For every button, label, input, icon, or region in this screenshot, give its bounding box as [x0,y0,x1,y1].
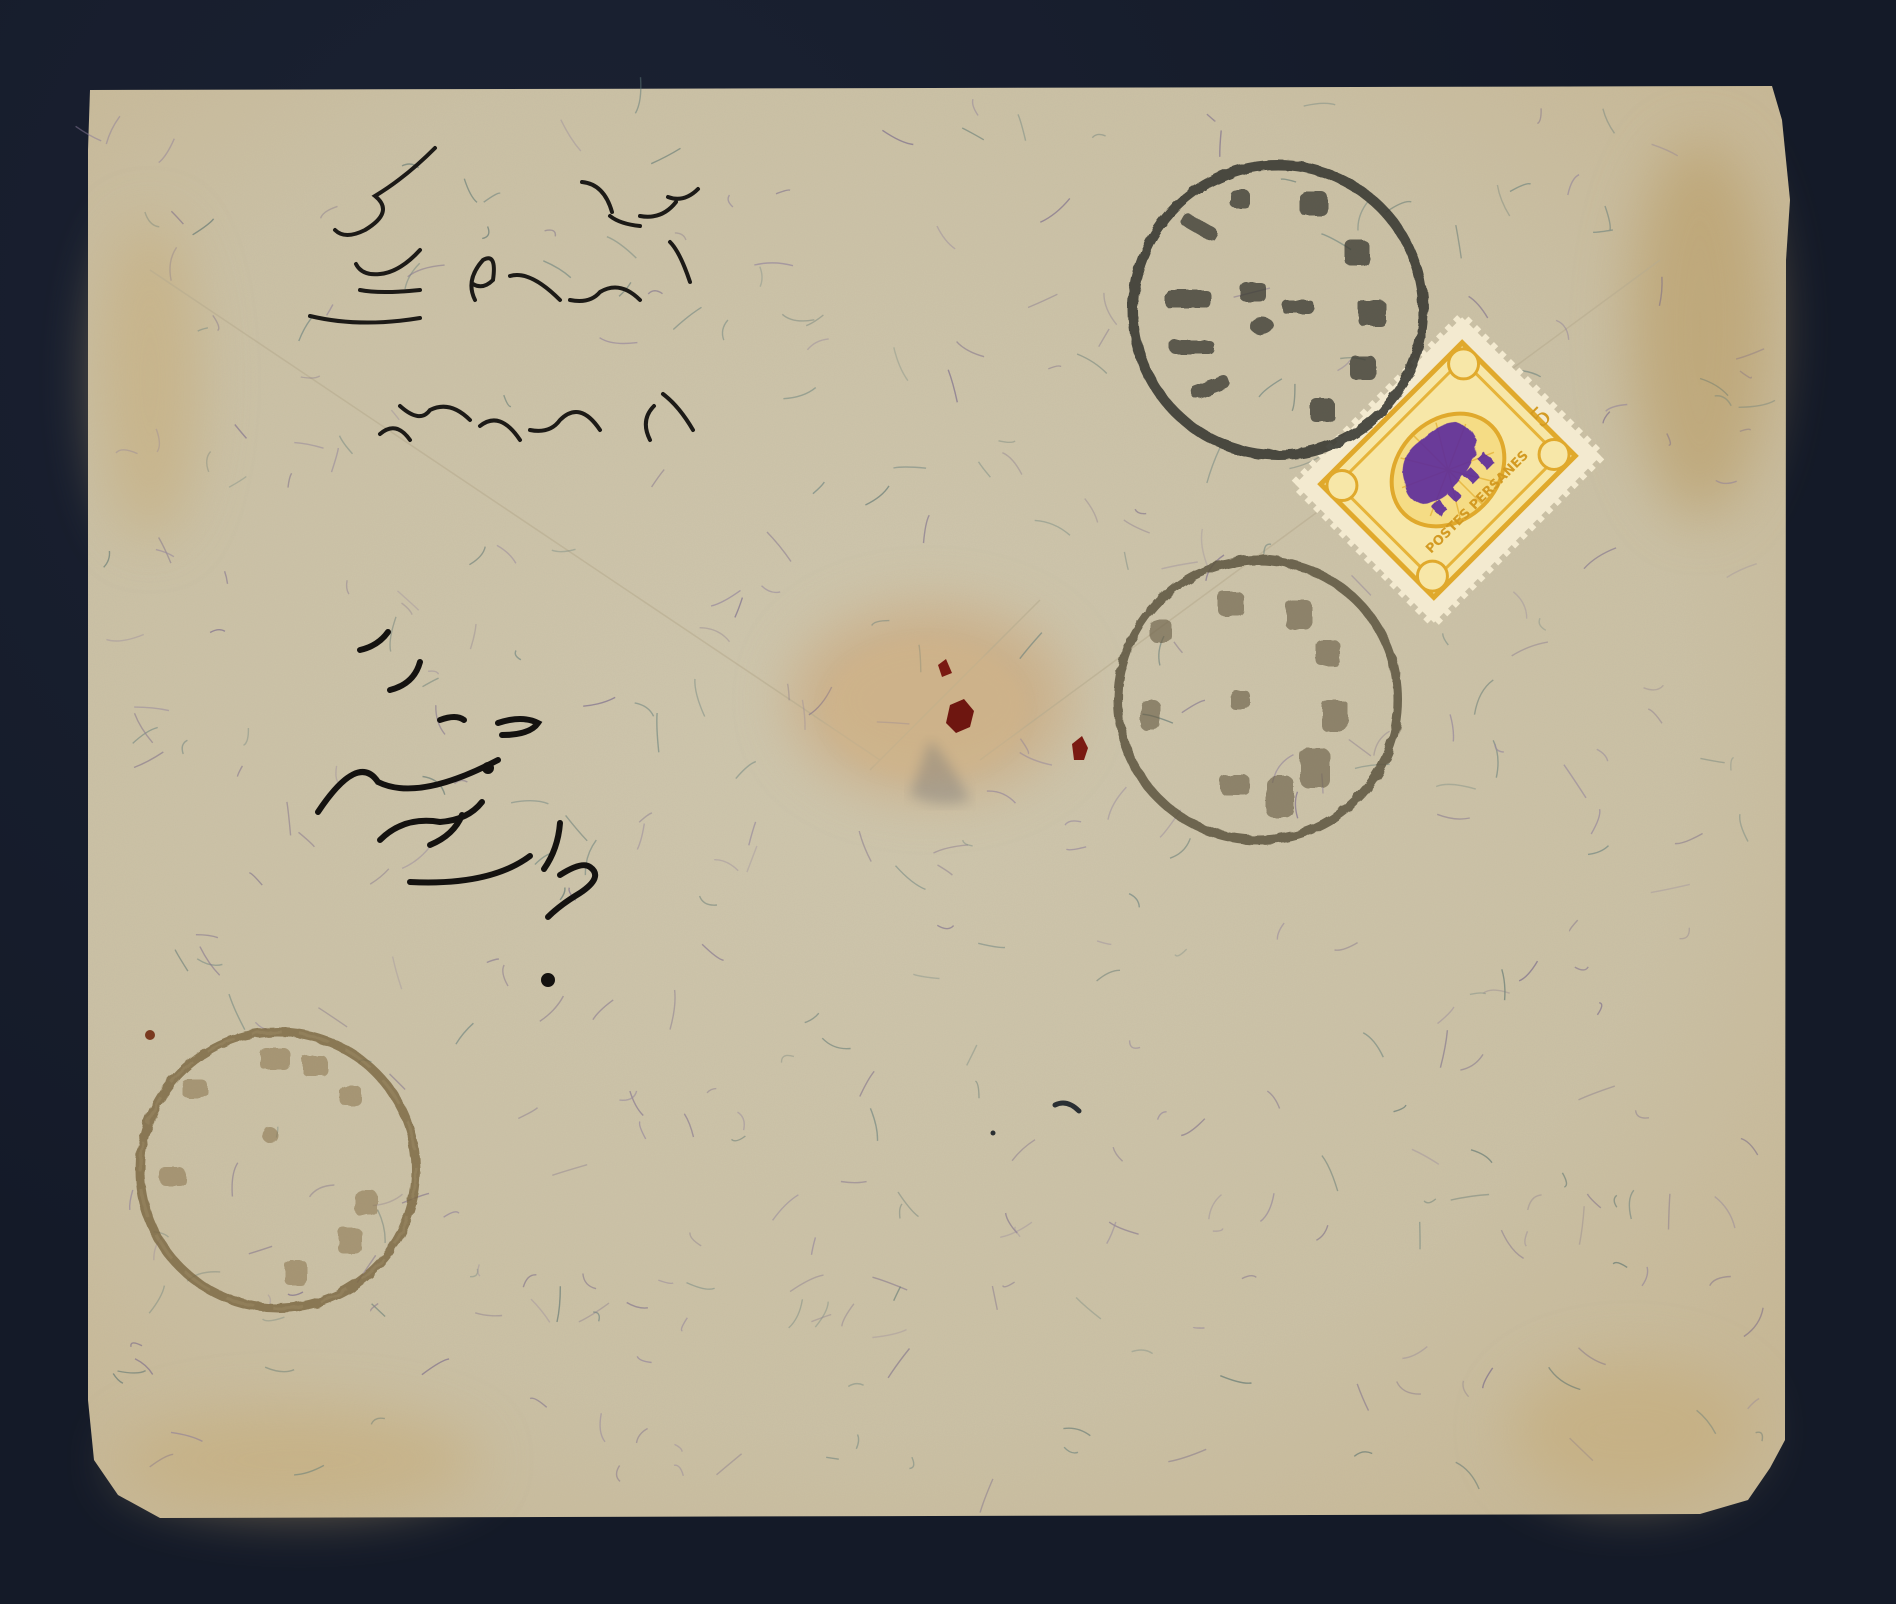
handwriting-line: دکه ارز عدم مرحوم ... [300,306,720,384]
handwriting-top-block: از تبریز نصرالله خان ... تبریزی دکه ارز … [300,150,720,384]
envelope: POSTES PERSANES 5 TAURIS * [0,0,1896,1604]
handwriting-line: نصرالله خان ... تبریزی [300,228,720,306]
handwriting-line: از تبریز [300,150,720,228]
postmark-bottom-left-text: * [272,1130,273,1131]
postmark-middle-text: TEHERAN [1200,690,1206,691]
ink-spot [145,1030,155,1040]
